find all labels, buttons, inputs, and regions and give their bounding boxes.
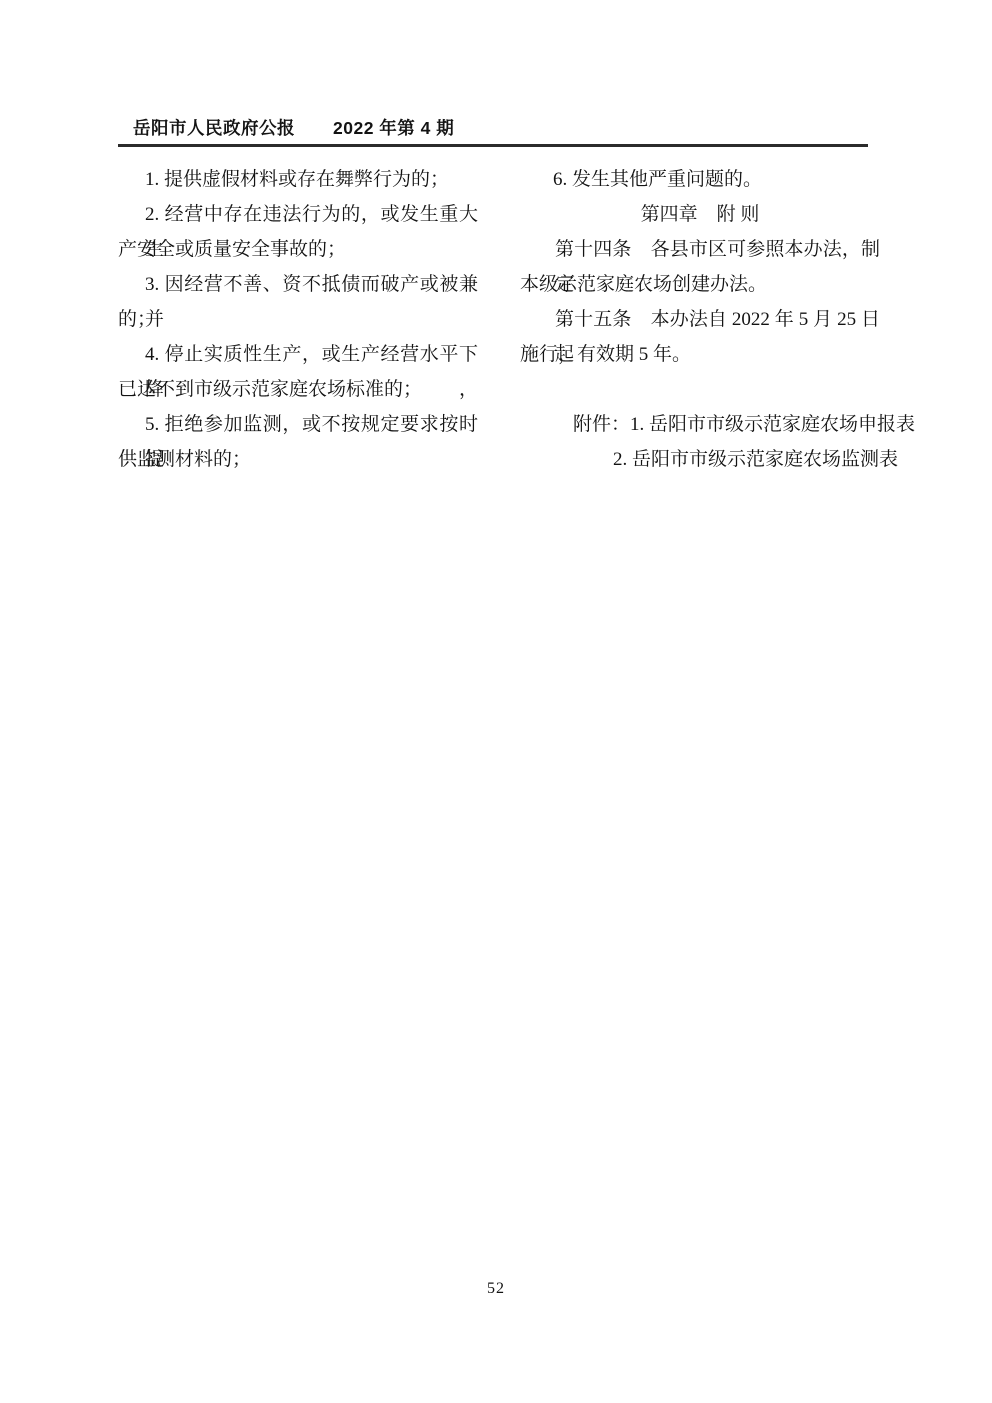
text-line: 施行，有效期 5 年。: [520, 337, 880, 372]
text-line: 的；: [118, 302, 478, 337]
left-column: 1. 提供虚假材料或存在舞弊行为的； 2. 经营中存在违法行为的，或发生重大生 …: [118, 162, 478, 477]
attachment-line-1: 附件：1. 岳阳市市级示范家庭农场申报表: [520, 407, 880, 442]
text-line: 3. 因经营不善、资不抵债而破产或被兼并: [118, 267, 478, 302]
page-header: 岳阳市人民政府公报2022 年第 4 期: [133, 115, 454, 140]
text-line: 第十四条 各县市区可参照本办法，制定: [520, 232, 880, 267]
right-column: 6. 发生其他严重问题的。 第四章 附 则 第十四条 各县市区可参照本办法，制定…: [520, 162, 880, 477]
chapter-heading: 第四章 附 则: [520, 197, 880, 232]
text-line: 2. 经营中存在违法行为的，或发生重大生: [118, 197, 478, 232]
journal-name: 岳阳市人民政府公报: [133, 118, 295, 138]
text-line: 产安全或质量安全事故的；: [118, 232, 478, 267]
attachment-line-2: 2. 岳阳市市级示范家庭农场监测表: [520, 442, 880, 477]
issue-label: 2022 年第 4 期: [333, 118, 454, 138]
text-line: 4. 停止实质性生产，或生产经营水平下降，: [118, 337, 478, 372]
page-number: 52: [0, 1280, 992, 1298]
document-page: 岳阳市人民政府公报2022 年第 4 期 1. 提供虚假材料或存在舞弊行为的； …: [0, 0, 992, 1403]
text-line: 1. 提供虚假材料或存在舞弊行为的；: [118, 162, 478, 197]
text-line: 本级示范家庭农场创建办法。: [520, 267, 880, 302]
text-line: 供监测材料的；: [118, 442, 478, 477]
text-line: 第十五条 本办法自 2022 年 5 月 25 日起: [520, 302, 880, 337]
blank-line: [520, 372, 880, 407]
text-line: 6. 发生其他严重问题的。: [520, 162, 880, 197]
body-text: 1. 提供虚假材料或存在舞弊行为的； 2. 经营中存在违法行为的，或发生重大生 …: [118, 162, 880, 477]
text-line: 5. 拒绝参加监测，或不按规定要求按时提: [118, 407, 478, 442]
header-rule: [118, 144, 868, 147]
